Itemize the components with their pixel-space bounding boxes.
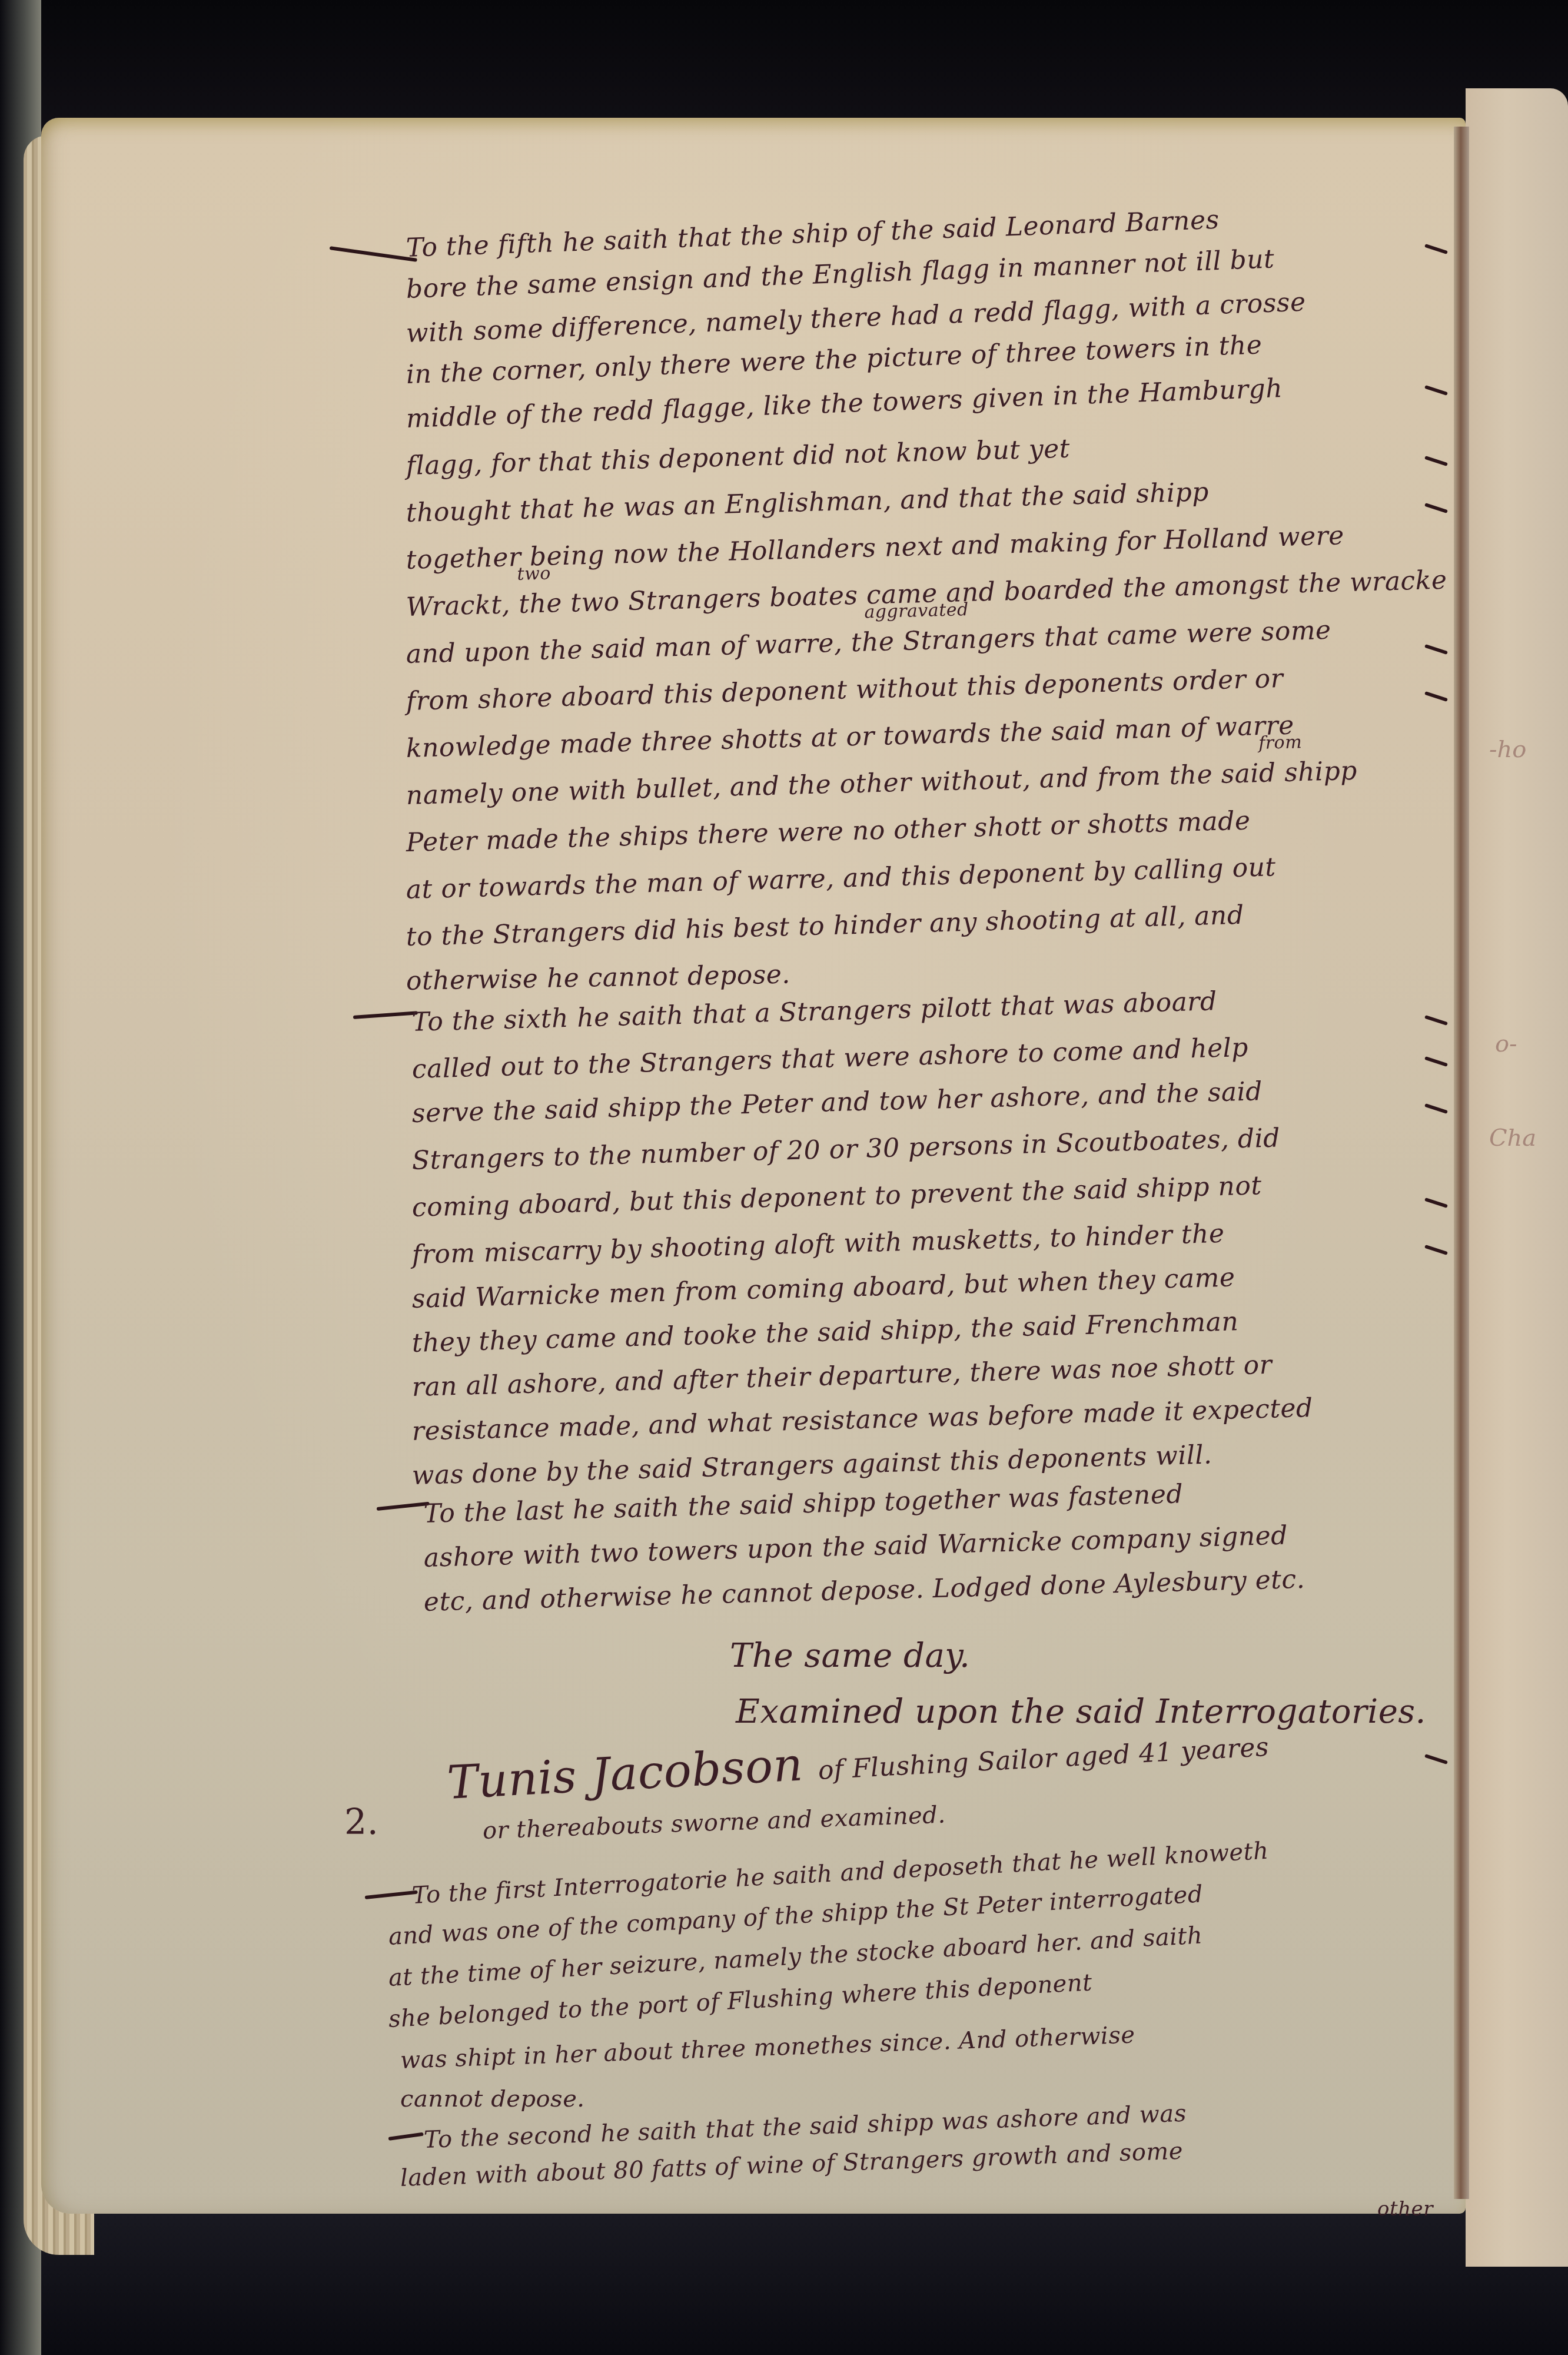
p2-line: they they came and tooke the said shipp,… — [411, 1309, 1238, 1356]
p4-line: was shipt in her about three monethes si… — [400, 2023, 1135, 2072]
p2-line: serve the said shipp the Peter and tow h… — [411, 1079, 1263, 1127]
line-filler-dash — [1424, 1015, 1448, 1026]
p2-line: Strangers to the number of 20 or 30 pers… — [411, 1125, 1280, 1174]
p1-line-text: and upon the said man of warre, the Stra… — [406, 615, 1331, 669]
p1-line: to the Strangers did his best to hinder … — [406, 903, 1244, 950]
p2-line: from miscarry by shooting aloft with mus… — [411, 1221, 1224, 1268]
line-filler-dash — [1424, 1056, 1448, 1067]
catchword: other — [1377, 2199, 1433, 2219]
paragraph-flourish — [377, 1502, 430, 1511]
p3-line: To the last he saith the said shipp toge… — [423, 1481, 1183, 1527]
line-filler-dash — [1424, 691, 1448, 702]
p4-line: cannot depose. — [400, 2087, 585, 2111]
p1-line: aggravated and upon the said man of warr… — [406, 618, 1331, 668]
p2-line: coming aboard, but this deponent to prev… — [411, 1173, 1262, 1221]
line-filler-dash — [1424, 244, 1448, 254]
witness-margin-number: 2. — [344, 1802, 378, 1843]
line-filler-dash — [1424, 1198, 1448, 1208]
interlinear-insertion: from — [1258, 734, 1303, 752]
p1-line: thought that he was an Englishman, and t… — [406, 479, 1209, 526]
line-filler-dash — [1424, 385, 1448, 396]
paragraph-flourish — [388, 2132, 424, 2141]
p2-line: called out to the Strangers that were as… — [411, 1035, 1248, 1083]
p1-line: knowledge made three shotts at or toward… — [406, 713, 1294, 762]
line-filler-dash — [1424, 1754, 1448, 1764]
p3-line: ashore with two towers upon the said War… — [423, 1523, 1288, 1571]
p2-line: ran all ashore, and after their departur… — [411, 1352, 1272, 1401]
manuscript-text: To the fifth he saith that the ship of t… — [0, 0, 1568, 2355]
section-heading-date: The same day. — [730, 1637, 970, 1675]
line-filler-dash — [1424, 1245, 1448, 1255]
section-heading-examined: Examined upon the said Interrogatories. — [736, 1693, 1426, 1731]
line-filler-dash — [1424, 456, 1448, 466]
p1-line: flagg, for that this deponent did not kn… — [406, 436, 1070, 479]
line-filler-dash — [1424, 1103, 1448, 1114]
p1-line: from shore aboard this deponent without … — [406, 666, 1283, 715]
p1-line: Peter made the ships there were no other… — [406, 808, 1251, 856]
p1-line: To the fifth he saith that the ship of t… — [406, 200, 1441, 261]
p2-line: To the sixth he saith that a Strangers p… — [411, 989, 1217, 1036]
p3-line: etc, and otherwise he cannot depose. Lod… — [423, 1567, 1305, 1616]
witness-description: of Flushing Sailor aged 41 yeares — [818, 1732, 1270, 1786]
line-filler-dash — [1424, 644, 1448, 655]
paragraph-flourish — [330, 246, 417, 262]
p1-line: at or towards the man of warre, and this… — [406, 854, 1276, 903]
p1-line: otherwise he cannot depose. — [406, 962, 791, 994]
p2-line: resistance made, and what resistance was… — [411, 1395, 1313, 1445]
p2-line: said Warnicke men from coming aboard, bu… — [411, 1265, 1235, 1312]
interlinear-insertion: two — [517, 565, 551, 583]
paragraph-flourish — [365, 1890, 418, 1899]
line-filler-dash — [1424, 503, 1448, 513]
p1-line: from namely one with bullet, and the oth… — [406, 758, 1357, 809]
witness-description-2: or thereabouts sworne and examined. — [482, 1803, 946, 1843]
p1-line-text: namely one with bullet, and the other wi… — [406, 756, 1357, 811]
interlinear-insertion: aggravated — [864, 601, 969, 622]
paragraph-flourish — [353, 1011, 418, 1019]
witness-name: Tunis Jacobson — [446, 1738, 805, 1810]
